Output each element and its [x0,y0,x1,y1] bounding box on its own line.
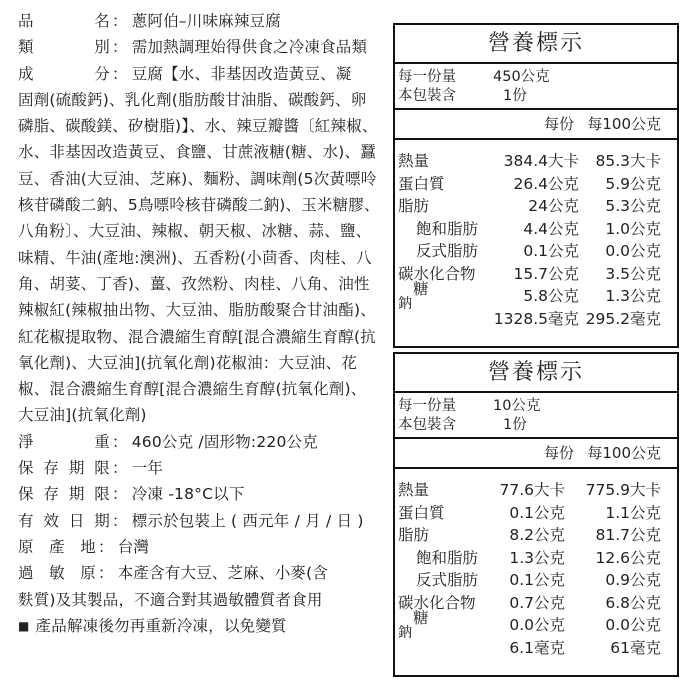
nutrient-row-sodium: 1328.5毫克295.2毫克 [395,308,677,331]
storage-note: ■ 產品解凍後勿再重新冷凍，以免變質 [18,613,380,639]
storage-row: 保 存 期 限 ： 冷凍 -18°C以下 [18,481,380,507]
storage-label: 保 存 期 限 [18,481,110,507]
column-header: 每份 每100公克 [395,110,677,140]
shelf-life-row: 保 存 期 限 ： 一年 [18,455,380,481]
storage-value: 冷凍 -18°C以下 [132,481,245,507]
serving-info: 每一份量450公克 本包裝含1份 [395,64,677,110]
nutrient-row-sugar: 糖鈉0.0公克0.0公克 [395,614,677,637]
shelf-life-label: 保 存 期 限 [18,455,110,481]
nutrition-table-1: 營養標示 每一份量450公克 本包裝含1份 每份 每100公克 熱量384.4大… [393,23,679,348]
net-weight-label: 淨 重 [18,429,110,455]
serving-size-label: 每一份量 [398,397,493,416]
nutrient-rows: 熱量77.6大卡775.9大卡 蛋白質0.1公克1.1公克 脂肪8.2公克81.… [395,469,677,659]
ingredients-label: 成 分 [18,61,110,87]
expiry-value: 標示於包裝上 ( 西元年 / 月 / 日 ) [132,508,364,534]
allergen-text: 麩質)及其製品，不適合對其過敏體質者食用 [18,587,380,613]
serving-size-value: 450公克 [493,68,550,87]
column-header: 每份 每100公克 [395,439,677,469]
nutrient-row-trans-fat: 反式脂肪0.1公克0.9公克 [395,569,677,592]
nutrient-row-energy: 熱量384.4大卡85.3大卡 [395,150,677,173]
product-info: 品 名 ： 蔥阿伯–川味麻辣豆腐 類 別 ： 需加熱調理始得供食之冷凍食品類 成… [18,8,380,639]
category-label: 類 別 [18,34,110,60]
expiry-label: 有 效 日 期 [18,508,110,534]
serving-size-label: 每一份量 [398,68,493,87]
ingredients-row: 成 分 ： 豆腐【水、非基因改造黃豆、凝 [18,61,380,87]
allergen-label: 過 敏 原 [18,560,96,586]
nutrient-rows: 熱量384.4大卡85.3大卡 蛋白質26.4公克5.9公克 脂肪24公克5.3… [395,140,677,330]
nutrient-row-sugar: 糖鈉5.8公克1.3公克 [395,285,677,308]
serving-size-value: 10公克 [493,397,540,416]
shelf-life-value: 一年 [132,455,163,481]
product-name-value: 蔥阿伯–川味麻辣豆腐 [132,8,281,34]
category-row: 類 別 ： 需加熱調理始得供食之冷凍食品類 [18,34,380,60]
net-weight-row: 淨 重 ： 460公克 /固形物:220公克 [18,429,380,455]
nutrient-row-protein: 蛋白質26.4公克5.9公克 [395,173,677,196]
nutrition-table-title: 營養標示 [395,25,677,64]
nutrient-row-fat: 脂肪24公克5.3公克 [395,195,677,218]
servings-label: 本包裝含 [398,416,493,435]
servings-value: 1份 [493,416,527,435]
net-weight-value: 460公克 /固形物:220公克 [132,429,318,455]
nutrient-row-saturated-fat: 飽和脂肪1.3公克12.6公克 [395,547,677,570]
category-value: 需加熱調理始得供食之冷凍食品類 [132,34,368,60]
nutrient-row-energy: 熱量77.6大卡775.9大卡 [395,479,677,502]
servings-label: 本包裝含 [398,87,493,106]
nutrient-row-carbohydrate: 碳水化合物0.7公克6.8公克 [395,592,677,615]
ingredients-first-line: 豆腐【水、非基因改造黃豆、凝 [132,61,352,87]
nutrient-row-trans-fat: 反式脂肪0.1公克0.0公克 [395,240,677,263]
ingredients-text: 固劑(硫酸鈣)、乳化劑(脂肪酸甘油脂、碳酸鈣、卵磷脂、碳酸鎂、矽樹脂)】、水、辣… [18,87,380,429]
origin-row: 原 產 地 ： 台灣 [18,534,380,560]
nutrition-table-title: 營養標示 [395,354,677,393]
nutrient-row-sodium: 6.1毫克61毫克 [395,637,677,660]
col-per-serving: 每份 [544,110,574,138]
nutrition-table-2: 營養標示 每一份量10公克 本包裝含1份 每份 每100公克 熱量77.6大卡7… [393,352,679,677]
col-per-100g: 每100公克 [587,110,661,138]
origin-value: 台灣 [118,534,149,560]
nutrient-row-carbohydrate: 碳水化合物15.7公克3.5公克 [395,263,677,286]
product-name-label: 品 名 [18,8,110,34]
col-per-serving: 每份 [544,439,574,467]
col-per-100g: 每100公克 [587,439,661,467]
allergen-row: 過 敏 原 ： 本產含有大豆、芝麻、小麥(含 [18,560,380,586]
square-bullet-icon: ■ [18,613,30,639]
nutrient-row-fat: 脂肪8.2公克81.7公克 [395,524,677,547]
product-name-row: 品 名 ： 蔥阿伯–川味麻辣豆腐 [18,8,380,34]
expiry-row: 有 效 日 期 ： 標示於包裝上 ( 西元年 / 月 / 日 ) [18,508,380,534]
nutrient-row-saturated-fat: 飽和脂肪4.4公克1.0公克 [395,218,677,241]
servings-value: 1份 [493,87,527,106]
origin-label: 原 產 地 [18,534,96,560]
serving-info: 每一份量10公克 本包裝含1份 [395,393,677,439]
storage-note-text: 產品解凍後勿再重新冷凍，以免變質 [36,613,287,639]
nutrient-row-protein: 蛋白質0.1公克1.1公克 [395,502,677,525]
allergen-first-line: 本產含有大豆、芝麻、小麥(含 [118,560,328,586]
